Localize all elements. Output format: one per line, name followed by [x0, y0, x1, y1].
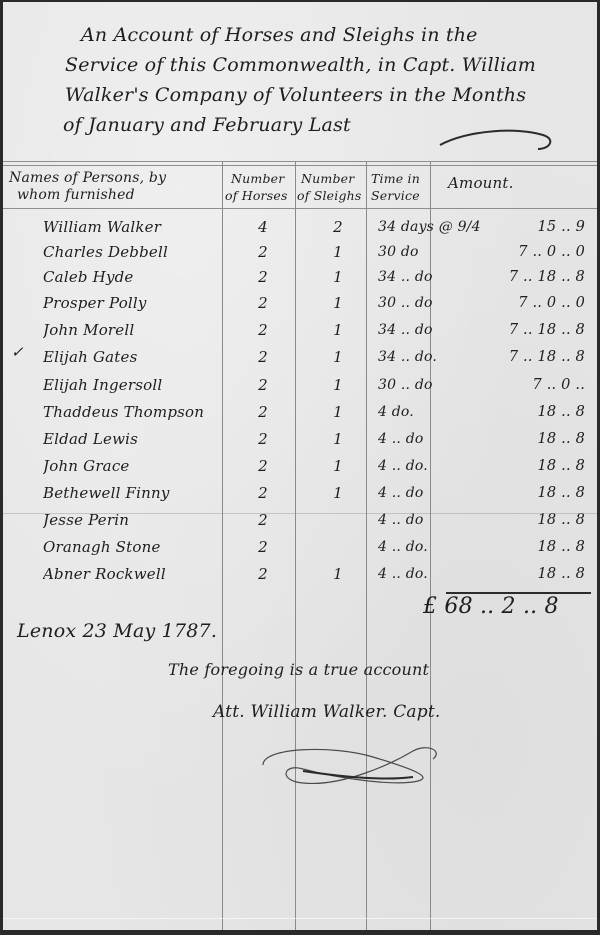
- header-sleighs-line-1: Number: [297, 170, 362, 187]
- row-amount: 18 .. 8: [493, 479, 585, 507]
- row-name: John Morell: [43, 316, 221, 344]
- row-amount: 18 .. 8: [493, 506, 585, 534]
- row-time: 4 .. do: [378, 425, 488, 453]
- table-top-rule: [3, 161, 597, 162]
- row-time: 34 .. do.: [378, 343, 488, 371]
- row-horses: 2: [248, 452, 278, 480]
- row-amount: 7 .. 0 .. 0: [493, 289, 585, 317]
- row-horses: 2: [248, 506, 278, 534]
- header-time: Time in Service: [371, 170, 420, 204]
- header-bottom-rule: [3, 208, 597, 209]
- row-amount: 18 .. 8: [493, 560, 585, 588]
- table-row: John Grace 2 1 4 .. do. 18 .. 8: [3, 452, 597, 480]
- row-horses: 2: [248, 343, 278, 371]
- table-row: Oranagh Stone 2 4 .. do. 18 .. 8: [3, 533, 597, 561]
- row-sleighs: 1: [323, 398, 353, 426]
- row-sleighs: 1: [323, 371, 353, 399]
- row-time: 4 .. do.: [378, 533, 488, 561]
- row-horses: 2: [248, 316, 278, 344]
- row-time: 4 .. do.: [378, 452, 488, 480]
- row-time: 34 .. do: [378, 263, 488, 291]
- row-sleighs: 1: [323, 316, 353, 344]
- table-row: Thaddeus Thompson 2 1 4 do. 18 .. 8: [3, 398, 597, 426]
- row-horses: 2: [248, 425, 278, 453]
- row-name: Oranagh Stone: [43, 533, 221, 561]
- row-horses: 2: [248, 263, 278, 291]
- row-name: John Grace: [43, 452, 221, 480]
- row-amount: 7 .. 0 ..: [493, 371, 585, 399]
- table-row: John Morell 2 1 34 .. do 7 .. 18 .. 8: [3, 316, 597, 344]
- row-amount: 15 .. 9: [493, 213, 585, 241]
- header-sleighs: Number of Sleighs: [297, 170, 362, 204]
- row-time: 30 do: [378, 238, 488, 266]
- header-time-line-2: Service: [371, 187, 420, 204]
- row-horses: 2: [248, 238, 278, 266]
- header-names: Names of Persons, by whom furnished: [9, 170, 166, 204]
- row-amount: 7 .. 0 .. 0: [493, 238, 585, 266]
- row-time: 4 .. do: [378, 506, 488, 534]
- row-name: Eldad Lewis: [43, 425, 221, 453]
- title-line-2: Service of this Commonwealth, in Capt. W…: [63, 50, 583, 80]
- row-amount: 7 .. 18 .. 8: [493, 343, 585, 371]
- row-horses: 2: [248, 479, 278, 507]
- row-time: 34 .. do: [378, 316, 488, 344]
- header-time-line-1: Time in: [371, 170, 420, 187]
- row-horses: 2: [248, 560, 278, 588]
- row-amount: 7 .. 18 .. 8: [493, 263, 585, 291]
- table-row: Prosper Polly 2 1 30 .. do 7 .. 0 .. 0: [3, 289, 597, 317]
- table-row: Abner Rockwell 2 1 4 .. do. 18 .. 8: [3, 560, 597, 588]
- row-name: Caleb Hyde: [43, 263, 221, 291]
- row-amount: 18 .. 8: [493, 398, 585, 426]
- row-sleighs: 2: [323, 213, 353, 241]
- row-name: Abner Rockwell: [43, 560, 221, 588]
- row-sleighs: 1: [323, 479, 353, 507]
- paper-fold-line-bottom: [3, 918, 597, 919]
- row-amount: 18 .. 8: [493, 533, 585, 561]
- header-amount: Amount.: [448, 175, 514, 192]
- row-time: 30 .. do: [378, 371, 488, 399]
- table-row: Elijah Ingersoll 2 1 30 .. do 7 .. 0 ..: [3, 371, 597, 399]
- place-date: Lenox 23 May 1787.: [17, 620, 217, 642]
- signature-flourish-icon: [243, 737, 453, 787]
- row-sleighs: 1: [323, 263, 353, 291]
- row-sleighs: 1: [323, 425, 353, 453]
- row-horses: 2: [248, 533, 278, 561]
- table-row: Jesse Perin 2 4 .. do 18 .. 8: [3, 506, 597, 534]
- table-row: Eldad Lewis 2 1 4 .. do 18 .. 8: [3, 425, 597, 453]
- row-time: 34 days @ 9/4: [378, 213, 488, 241]
- row-horses: 4: [248, 213, 278, 241]
- row-time: 4 .. do: [378, 479, 488, 507]
- certification-text: The foregoing is a true account: [168, 660, 429, 679]
- row-name: Elijah Gates: [43, 343, 221, 371]
- header-sleighs-line-2: of Sleighs: [297, 187, 362, 204]
- row-time: 30 .. do: [378, 289, 488, 317]
- header-horses-line-2: of Horses: [225, 187, 288, 204]
- row-horses: 2: [248, 371, 278, 399]
- table-row: ✓ Elijah Gates 2 1 34 .. do. 7 .. 18 .. …: [3, 343, 597, 371]
- document-title: An Account of Horses and Sleighs in the …: [63, 20, 583, 140]
- row-name: Charles Debbell: [43, 238, 221, 266]
- title-flourish-icon: [438, 125, 558, 155]
- row-horses: 2: [248, 398, 278, 426]
- row-sleighs: 1: [323, 343, 353, 371]
- row-horses: 2: [248, 289, 278, 317]
- table-row: William Walker 4 2 34 days @ 9/4 15 .. 9: [3, 213, 597, 241]
- table-row: Caleb Hyde 2 1 34 .. do 7 .. 18 .. 8: [3, 263, 597, 291]
- row-name: Bethewell Finny: [43, 479, 221, 507]
- table-row: Charles Debbell 2 1 30 do 7 .. 0 .. 0: [3, 238, 597, 266]
- row-name: William Walker: [43, 213, 221, 241]
- ledger-page: An Account of Horses and Sleighs in the …: [3, 2, 597, 930]
- signature: Att. William Walker. Capt.: [213, 702, 441, 722]
- total-amount: £ 68 .. 2 .. 8: [423, 594, 559, 619]
- row-amount: 18 .. 8: [493, 452, 585, 480]
- row-sleighs: 1: [323, 238, 353, 266]
- row-time: 4 .. do.: [378, 560, 488, 588]
- header-horses-line-1: Number: [225, 170, 288, 187]
- row-name: Jesse Perin: [43, 506, 221, 534]
- paper-fold-line: [3, 513, 597, 514]
- row-name: Prosper Polly: [43, 289, 221, 317]
- row-time: 4 do.: [378, 398, 488, 426]
- row-sleighs: 1: [323, 452, 353, 480]
- table-row: Bethewell Finny 2 1 4 .. do 18 .. 8: [3, 479, 597, 507]
- row-sleighs: 1: [323, 560, 353, 588]
- header-names-line-2: whom furnished: [9, 187, 166, 204]
- table-top-rule-2: [3, 165, 597, 166]
- row-name: Elijah Ingersoll: [43, 371, 221, 399]
- row-name: Thaddeus Thompson: [43, 398, 221, 426]
- title-line-3: Walker's Company of Volunteers in the Mo…: [63, 80, 583, 110]
- row-check-mark: ✓: [11, 343, 24, 361]
- header-names-line-1: Names of Persons, by: [9, 170, 166, 187]
- title-line-1: An Account of Horses and Sleighs in the: [63, 20, 583, 50]
- header-horses: Number of Horses: [225, 170, 288, 204]
- row-amount: 7 .. 18 .. 8: [493, 316, 585, 344]
- row-amount: 18 .. 8: [493, 425, 585, 453]
- row-sleighs: 1: [323, 289, 353, 317]
